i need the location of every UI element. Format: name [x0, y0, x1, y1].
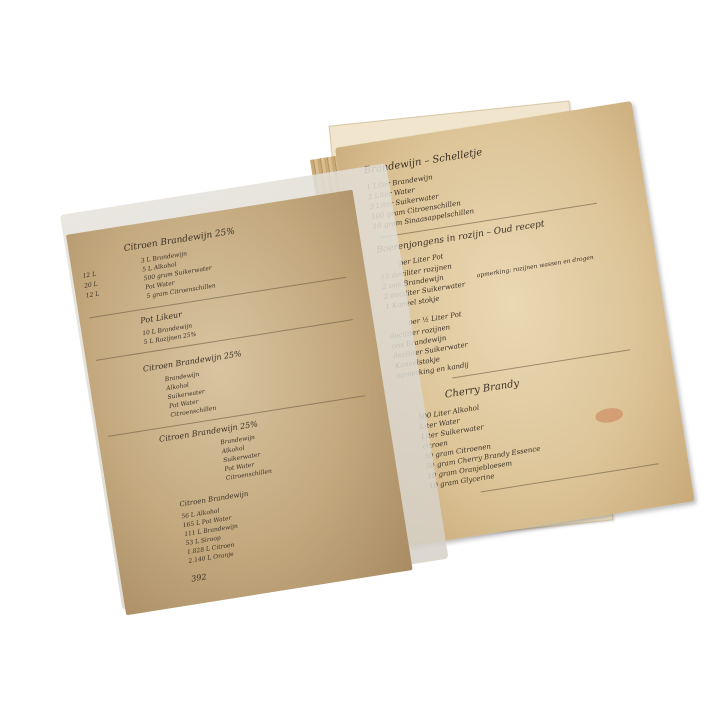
entry-title: Citroen Brandewijn [179, 490, 249, 509]
entry-line: Brandewijn [164, 371, 200, 383]
entry-title: Citroen Brandewijn 25% [123, 227, 235, 254]
recipe-note: opmerking: rozijnen wassen en drogen [476, 254, 594, 279]
recipe-title: Cherry Brandy [444, 378, 520, 401]
tally-number: 12 L [85, 291, 99, 300]
entry-line: Brandewijn [220, 434, 256, 446]
notebook-photo: 2 2 Landbow Brandewijn – Schelletje 1 Li… [0, 0, 720, 720]
left-page: Citroen Brandewijn 25% 3 L Brandewijn 5 … [66, 190, 413, 616]
total-number: 392 [191, 572, 208, 583]
stain [594, 406, 624, 424]
divider [452, 349, 630, 378]
recipe-line: per ½ Liter Pot [408, 310, 463, 326]
entry-title: Pot Likeur [140, 310, 183, 325]
entry-title: Citroen Brandewijn 25% [142, 349, 242, 374]
tally-number: 20 L [84, 281, 98, 290]
tally-number: 12 L [82, 271, 96, 280]
divider [89, 277, 346, 319]
